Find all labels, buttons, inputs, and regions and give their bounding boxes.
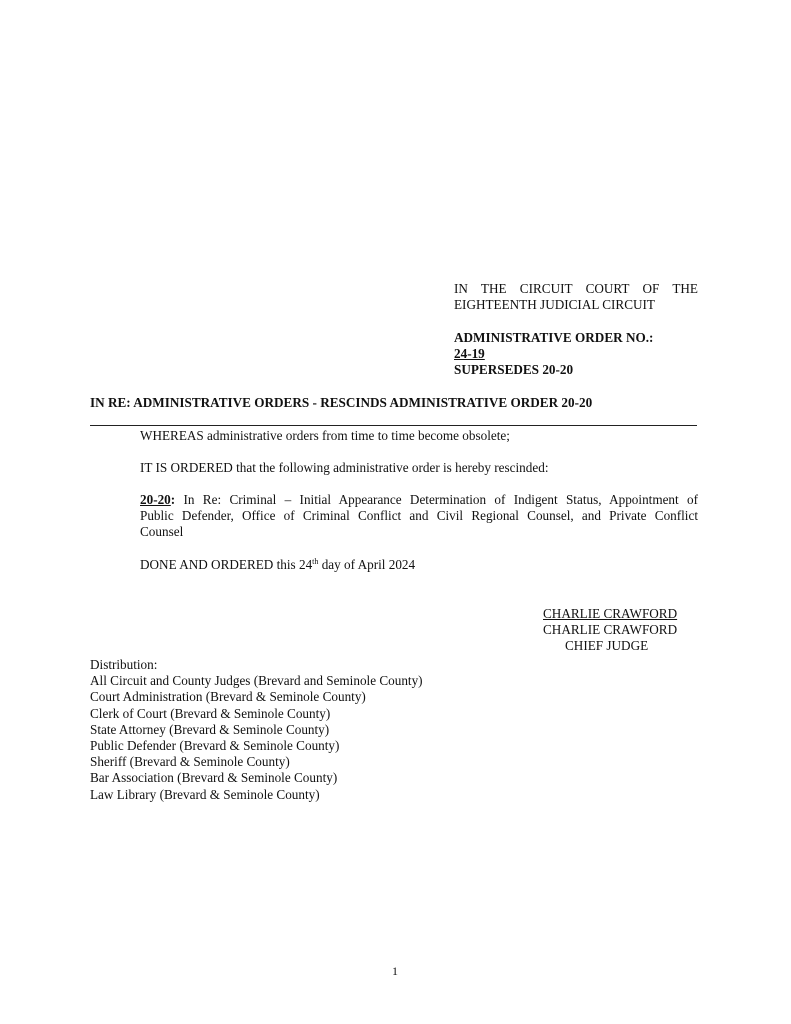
rescinded-order-text-line3: Counsel (140, 524, 698, 540)
judge-printed-name: CHARLIE CRAWFORD (543, 622, 677, 638)
distribution-item: All Circuit and County Judges (Brevard a… (90, 673, 423, 689)
date-ordinal-suffix: th (312, 557, 318, 566)
court-name-line2: EIGHTEENTH JUDICIAL CIRCUIT (454, 297, 698, 313)
page-number: 1 (392, 963, 398, 979)
whereas-clause: WHEREAS administrative orders from time … (140, 428, 510, 444)
court-name-line1: IN THE CIRCUIT COURT OF THE (454, 281, 698, 297)
distribution-item: Clerk of Court (Brevard & Seminole Count… (90, 706, 423, 722)
distribution-item: Law Library (Brevard & Seminole County) (90, 787, 423, 803)
order-number: 24-19 (454, 346, 698, 362)
judge-title: CHIEF JUDGE (543, 638, 677, 654)
distribution-item: Sheriff (Brevard & Seminole County) (90, 754, 423, 770)
title-divider (90, 425, 697, 426)
document-title: IN RE: ADMINISTRATIVE ORDERS - RESCINDS … (90, 395, 592, 411)
done-and-ordered: DONE AND ORDERED this 24th day of April … (140, 557, 415, 573)
done-prefix: DONE AND ORDERED this 24 (140, 557, 312, 572)
signature: CHARLIE CRAWFORD (543, 606, 677, 622)
distribution-list: Distribution: All Circuit and County Jud… (90, 657, 423, 803)
done-suffix: day of April 2024 (318, 557, 415, 572)
signature-block: CHARLIE CRAWFORD CHARLIE CRAWFORD CHIEF … (543, 606, 677, 654)
rescinded-order-text-line2: Public Defender, Office of Criminal Conf… (140, 508, 698, 524)
distribution-item: State Attorney (Brevard & Seminole Count… (90, 722, 423, 738)
ordered-clause: IT IS ORDERED that the following adminis… (140, 460, 548, 476)
supersedes-label: SUPERSEDES 20-20 (454, 362, 698, 378)
order-number-block: ADMINISTRATIVE ORDER NO.: 24-19 SUPERSED… (454, 330, 698, 378)
distribution-item: Public Defender (Brevard & Seminole Coun… (90, 738, 423, 754)
rescinded-order-text-line1: In Re: Criminal – Initial Appearance Det… (175, 492, 698, 507)
distribution-item: Bar Association (Brevard & Seminole Coun… (90, 770, 423, 786)
order-label: ADMINISTRATIVE ORDER NO.: (454, 330, 698, 346)
distribution-item: Court Administration (Brevard & Seminole… (90, 689, 423, 705)
court-caption: IN THE CIRCUIT COURT OF THE EIGHTEENTH J… (454, 281, 698, 313)
rescinded-order-number: 20-20 (140, 492, 171, 507)
rescinded-order-item: 20-20: In Re: Criminal – Initial Appeara… (140, 492, 698, 540)
distribution-label: Distribution: (90, 657, 423, 673)
